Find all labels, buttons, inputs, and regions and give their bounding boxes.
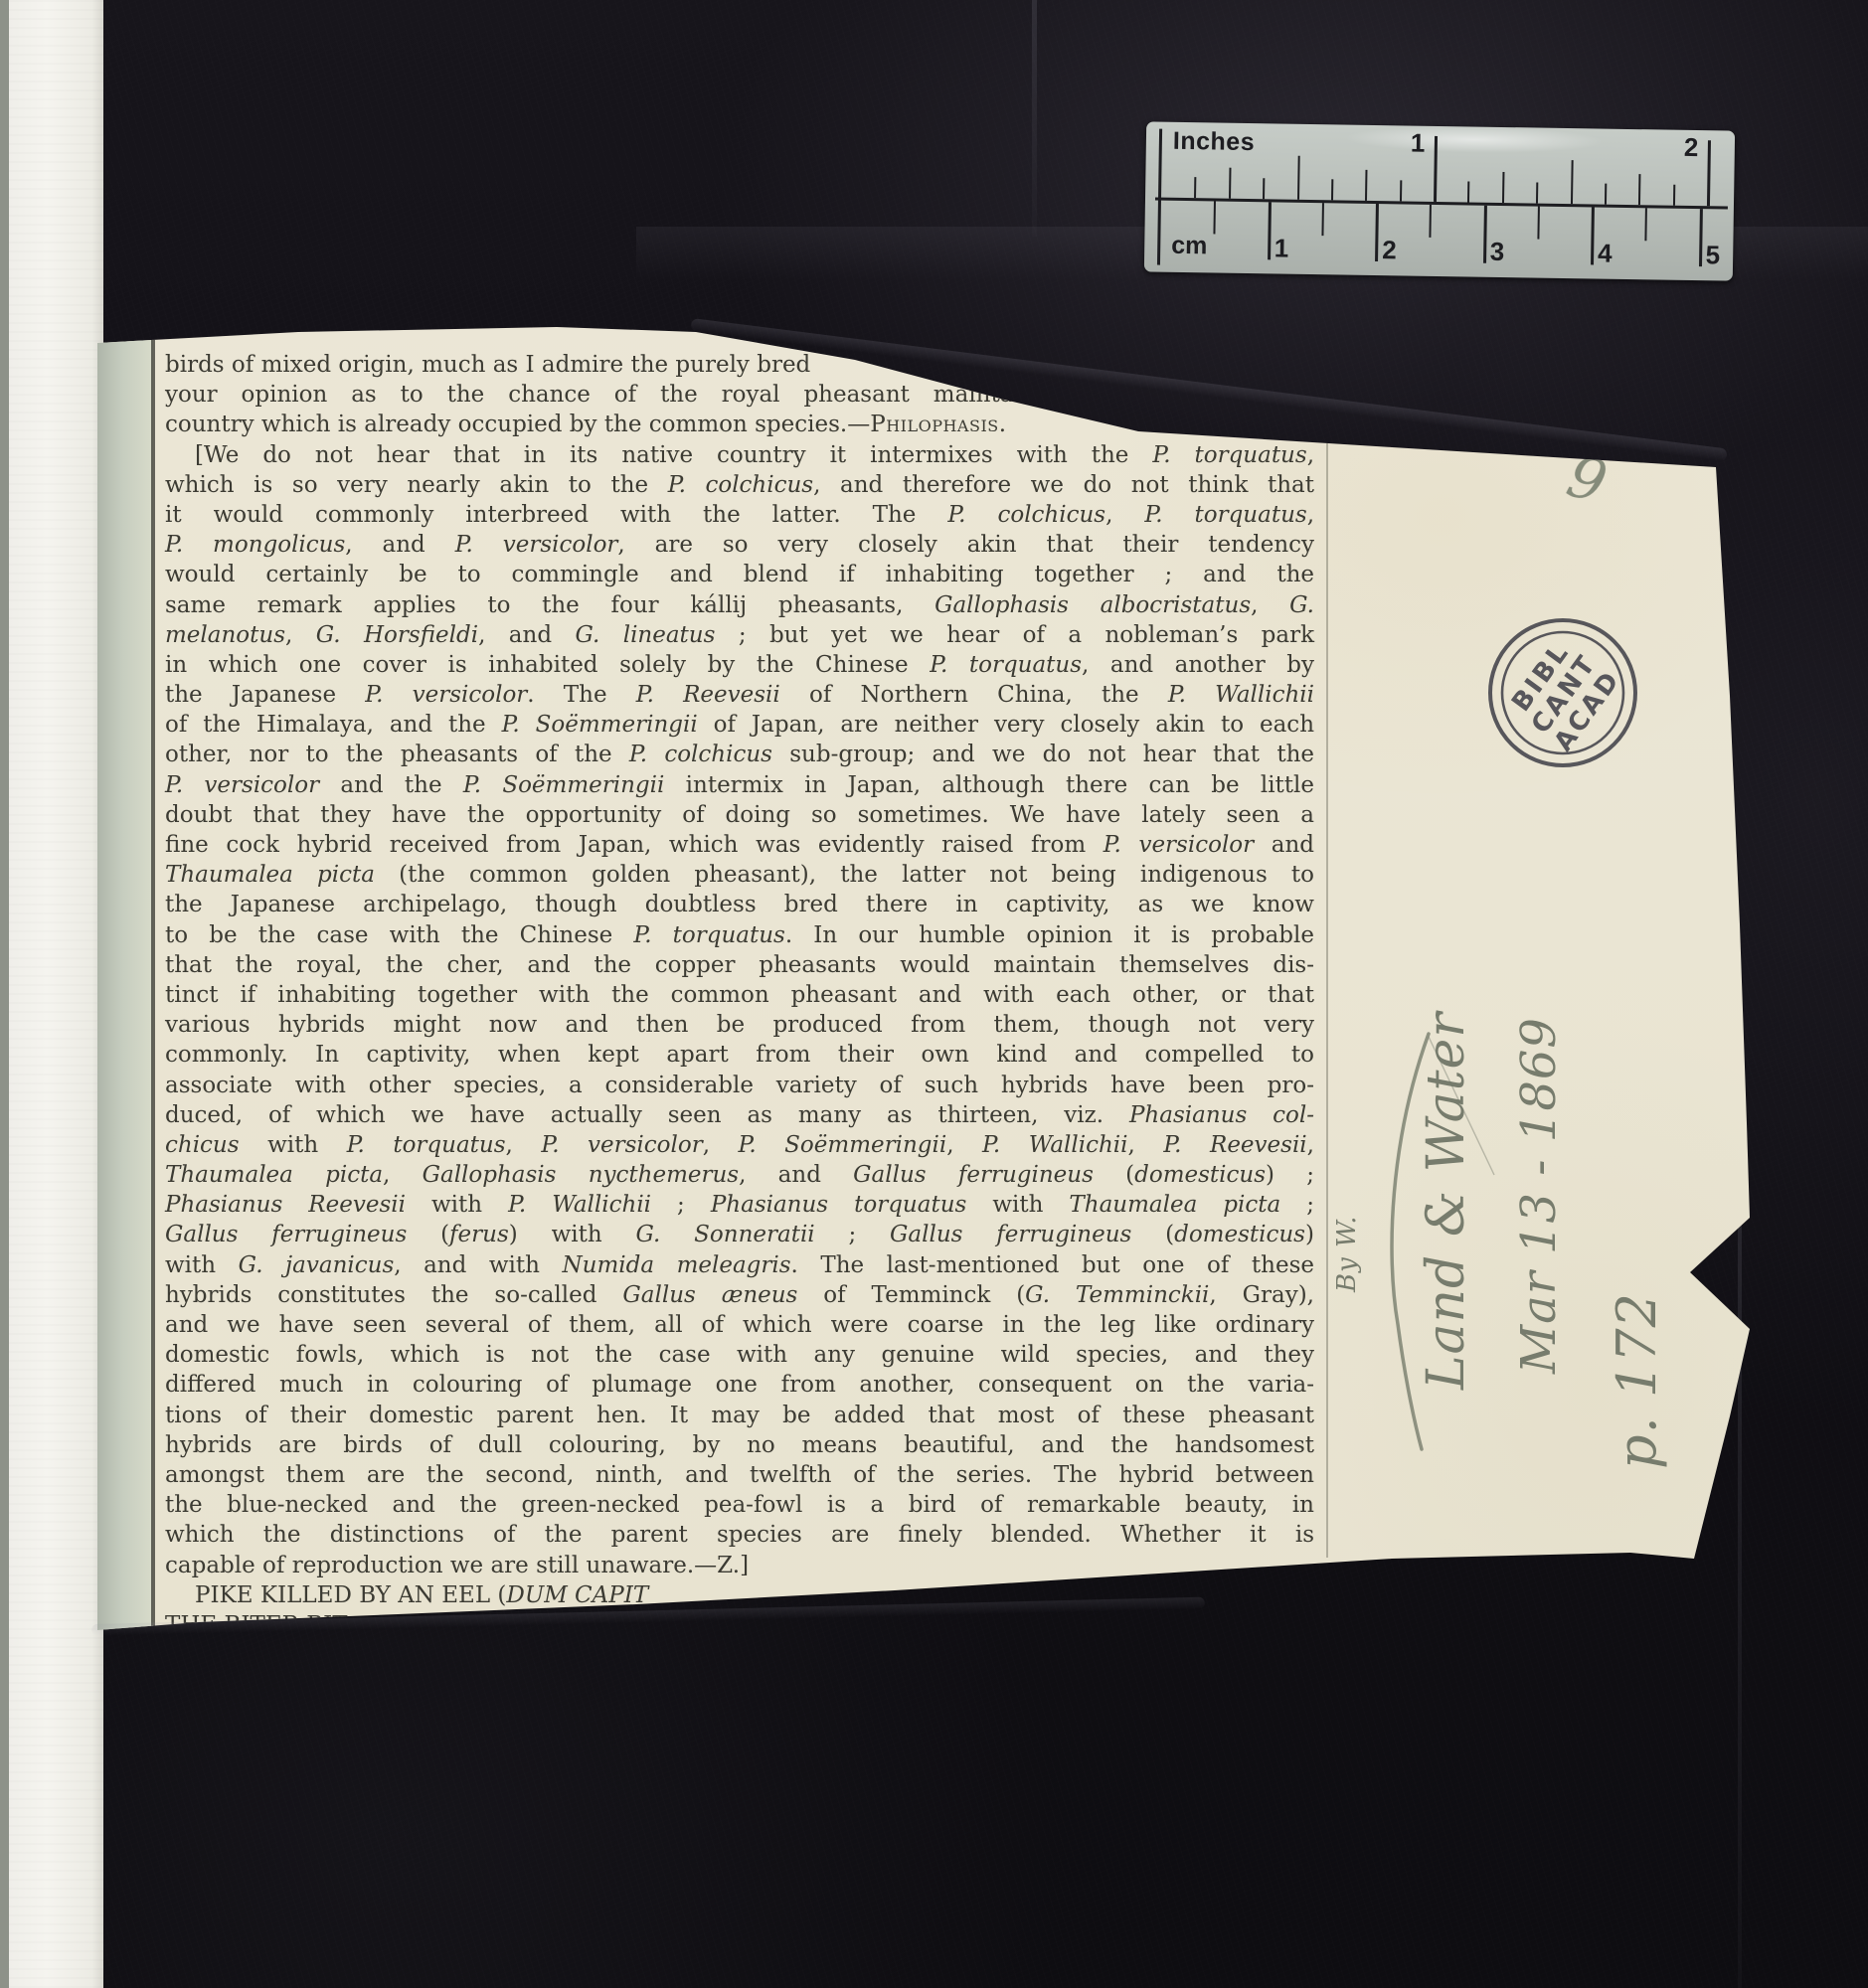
ruler-tick <box>1194 177 1196 198</box>
ruler-tick <box>1331 179 1333 200</box>
ruler-tick <box>1467 181 1469 202</box>
clipping-text-line: tions of their domestic parent hen. It m… <box>165 1401 1314 1430</box>
handwriting-date: Mar 13 - 1869 <box>1511 875 1606 1511</box>
ruler-number: 2 <box>1382 235 1397 265</box>
clipping-text-line: capable of reproduction we are still una… <box>165 1551 1314 1580</box>
ruler-number: 4 <box>1598 239 1613 269</box>
ruler-tick <box>1321 203 1324 236</box>
clipping-text-line: and we have seen several of them, all of… <box>165 1310 1314 1340</box>
ruler-glare <box>1345 125 1604 155</box>
clipping-text-line: melanotus, G. Horsfieldi, and G. lineatu… <box>165 620 1314 650</box>
handwriting-note: By W. <box>1332 875 1417 1511</box>
clipping-text-line: would certainly be to commingle and blen… <box>165 560 1314 589</box>
ruler-number: 1 <box>1274 233 1288 263</box>
ruler-tick <box>1434 136 1438 202</box>
clipping-text-line: of the Himalaya, and the P. Soëmmeringii… <box>165 710 1314 740</box>
clipping-text-line: Gallus ferrugineus (ferus) with G. Sonne… <box>165 1220 1314 1249</box>
clipping-text-line: it would commonly interbreed with the la… <box>165 500 1314 530</box>
clipping-text-line: P. mongolicus, and P. versicolor, are so… <box>165 530 1314 560</box>
clipping-text-line: that the royal, the cher, and the copper… <box>165 950 1314 980</box>
ruler-tick <box>1502 172 1504 203</box>
ruler-tick <box>1214 201 1217 234</box>
clipping-text-line: P. versicolor and the P. Soëmmeringii in… <box>165 770 1314 800</box>
ruler-tick <box>1400 180 1402 201</box>
clipping-text-line: tinct if inhabiting together with the co… <box>165 980 1314 1010</box>
ruler-number: 2 <box>1684 132 1699 163</box>
clipping-text-line: commonly. In captivity, when kept apart … <box>165 1040 1314 1070</box>
clipping-text-line: same remark applies to the four kállij p… <box>165 590 1314 620</box>
clipping-text-line: which the distinctions of the parent spe… <box>165 1520 1314 1550</box>
clipping-text-line: the Japanese P. versicolor. The P. Reeve… <box>165 680 1314 710</box>
ruler-tick <box>1537 207 1540 240</box>
newspaper-clipping: birds of mixed origin, much as I admire … <box>0 0 1868 1988</box>
clipping-text-line: Thaumalea picta, Gallophasis nycthemerus… <box>165 1160 1314 1190</box>
ruler-tick <box>1605 184 1607 205</box>
clipping-text-line: associate with other species, a consider… <box>165 1071 1314 1100</box>
clipping-text-line: country which is already occupied by the… <box>165 410 1314 439</box>
clipping-text-line: doubt that they have the opportunity of … <box>165 800 1314 830</box>
ruler-tick <box>1297 156 1300 200</box>
ruler-cm-label: cm <box>1171 232 1208 261</box>
clipping-text-line: the blue-necked and the green-necked pea… <box>165 1490 1314 1520</box>
fabric-seam-top <box>1032 0 1037 237</box>
clipping-text-line: amongst them are the second, ninth, and … <box>165 1460 1314 1490</box>
ruler-tick <box>1365 170 1367 201</box>
clipping-text-line: the Japanese archipelago, though doubtle… <box>165 890 1314 919</box>
ruler-tick <box>1483 206 1487 263</box>
ruler-tick <box>1673 185 1675 206</box>
ruler-tick <box>1536 183 1538 204</box>
clipping-text-line: which is so very nearly akin to the P. c… <box>165 470 1314 500</box>
pencil-page-number: 9 <box>1560 441 1613 517</box>
book-board-edge <box>0 0 9 1988</box>
ruler-inches-label: Inches <box>1173 127 1256 157</box>
ruler-tick <box>1645 208 1648 241</box>
ruler-number: 3 <box>1489 237 1504 267</box>
clipping-text-line: with G. javanicus, and with Numida melea… <box>165 1250 1314 1280</box>
ruler-tick <box>1229 168 1231 199</box>
ruler-baseline <box>1155 198 1728 210</box>
clipping-text-line: in which one cover is inhabited solely b… <box>165 650 1314 680</box>
clipping-text-line: hybrids are birds of dull colouring, by … <box>165 1430 1314 1460</box>
clipping-text-line: duced, of which we have actually seen as… <box>165 1100 1314 1130</box>
ruler: Inches cm 1212345 <box>1144 121 1735 280</box>
library-stamp: BIBL CANT ACAD <box>1478 608 1647 777</box>
handwritten-annotation: By W. Land & Water Mar 13 - 1869 p. 172 <box>1332 875 1690 1511</box>
ruler-tick <box>1570 160 1573 204</box>
clipping-text-line: Thaumalea picta (the common golden pheas… <box>165 860 1314 890</box>
clipping-folded-edge <box>97 327 153 1634</box>
ruler-tick <box>1591 207 1595 264</box>
photo-backdrop: birds of mixed origin, much as I admire … <box>0 0 1868 1988</box>
clipping-text-line: Phasianus Reevesii with P. Wallichii ; P… <box>165 1190 1314 1220</box>
clipping-text-line: [We do not hear that in its native count… <box>165 440 1314 470</box>
newspaper-column-rule-left <box>151 327 155 1631</box>
clipping-text-line: chicus with P. torquatus, P. versicolor,… <box>165 1130 1314 1160</box>
ruler-tick <box>1430 205 1433 238</box>
clipping-text-line: fine cock hybrid received from Japan, wh… <box>165 830 1314 860</box>
ruler-number: 5 <box>1705 240 1720 270</box>
ruler-number: 1 <box>1411 128 1426 159</box>
newspaper-column-rule-right <box>1326 442 1328 1558</box>
ruler-tick <box>1375 204 1379 261</box>
clipping-text-line: differed much in colouring of plumage on… <box>165 1370 1314 1400</box>
clipping-text-column: birds of mixed origin, much as I admire … <box>165 350 1314 1640</box>
ruler-tick <box>1263 178 1265 199</box>
handwriting-page-ref: p. 172 <box>1606 875 1690 1511</box>
clipping-text-line: to be the case with the Chinese P. torqu… <box>165 920 1314 950</box>
clipping-text-line: hybrids constitutes the so-called Gallus… <box>165 1280 1314 1310</box>
ruler-tick <box>1638 174 1640 205</box>
handwriting-source-title: Land & Water <box>1417 875 1511 1511</box>
clipping-text-line: other, nor to the pheasants of the P. co… <box>165 740 1314 769</box>
book-page-edge-texture <box>9 0 103 1988</box>
ruler-tick <box>1707 140 1711 206</box>
clipping-text-line: various hybrids might now and then be pr… <box>165 1010 1314 1040</box>
ruler-tick <box>1699 209 1703 266</box>
clipping-text-line: domestic fowls, which is not the case wi… <box>165 1340 1314 1370</box>
ruler-tick <box>1268 202 1272 259</box>
